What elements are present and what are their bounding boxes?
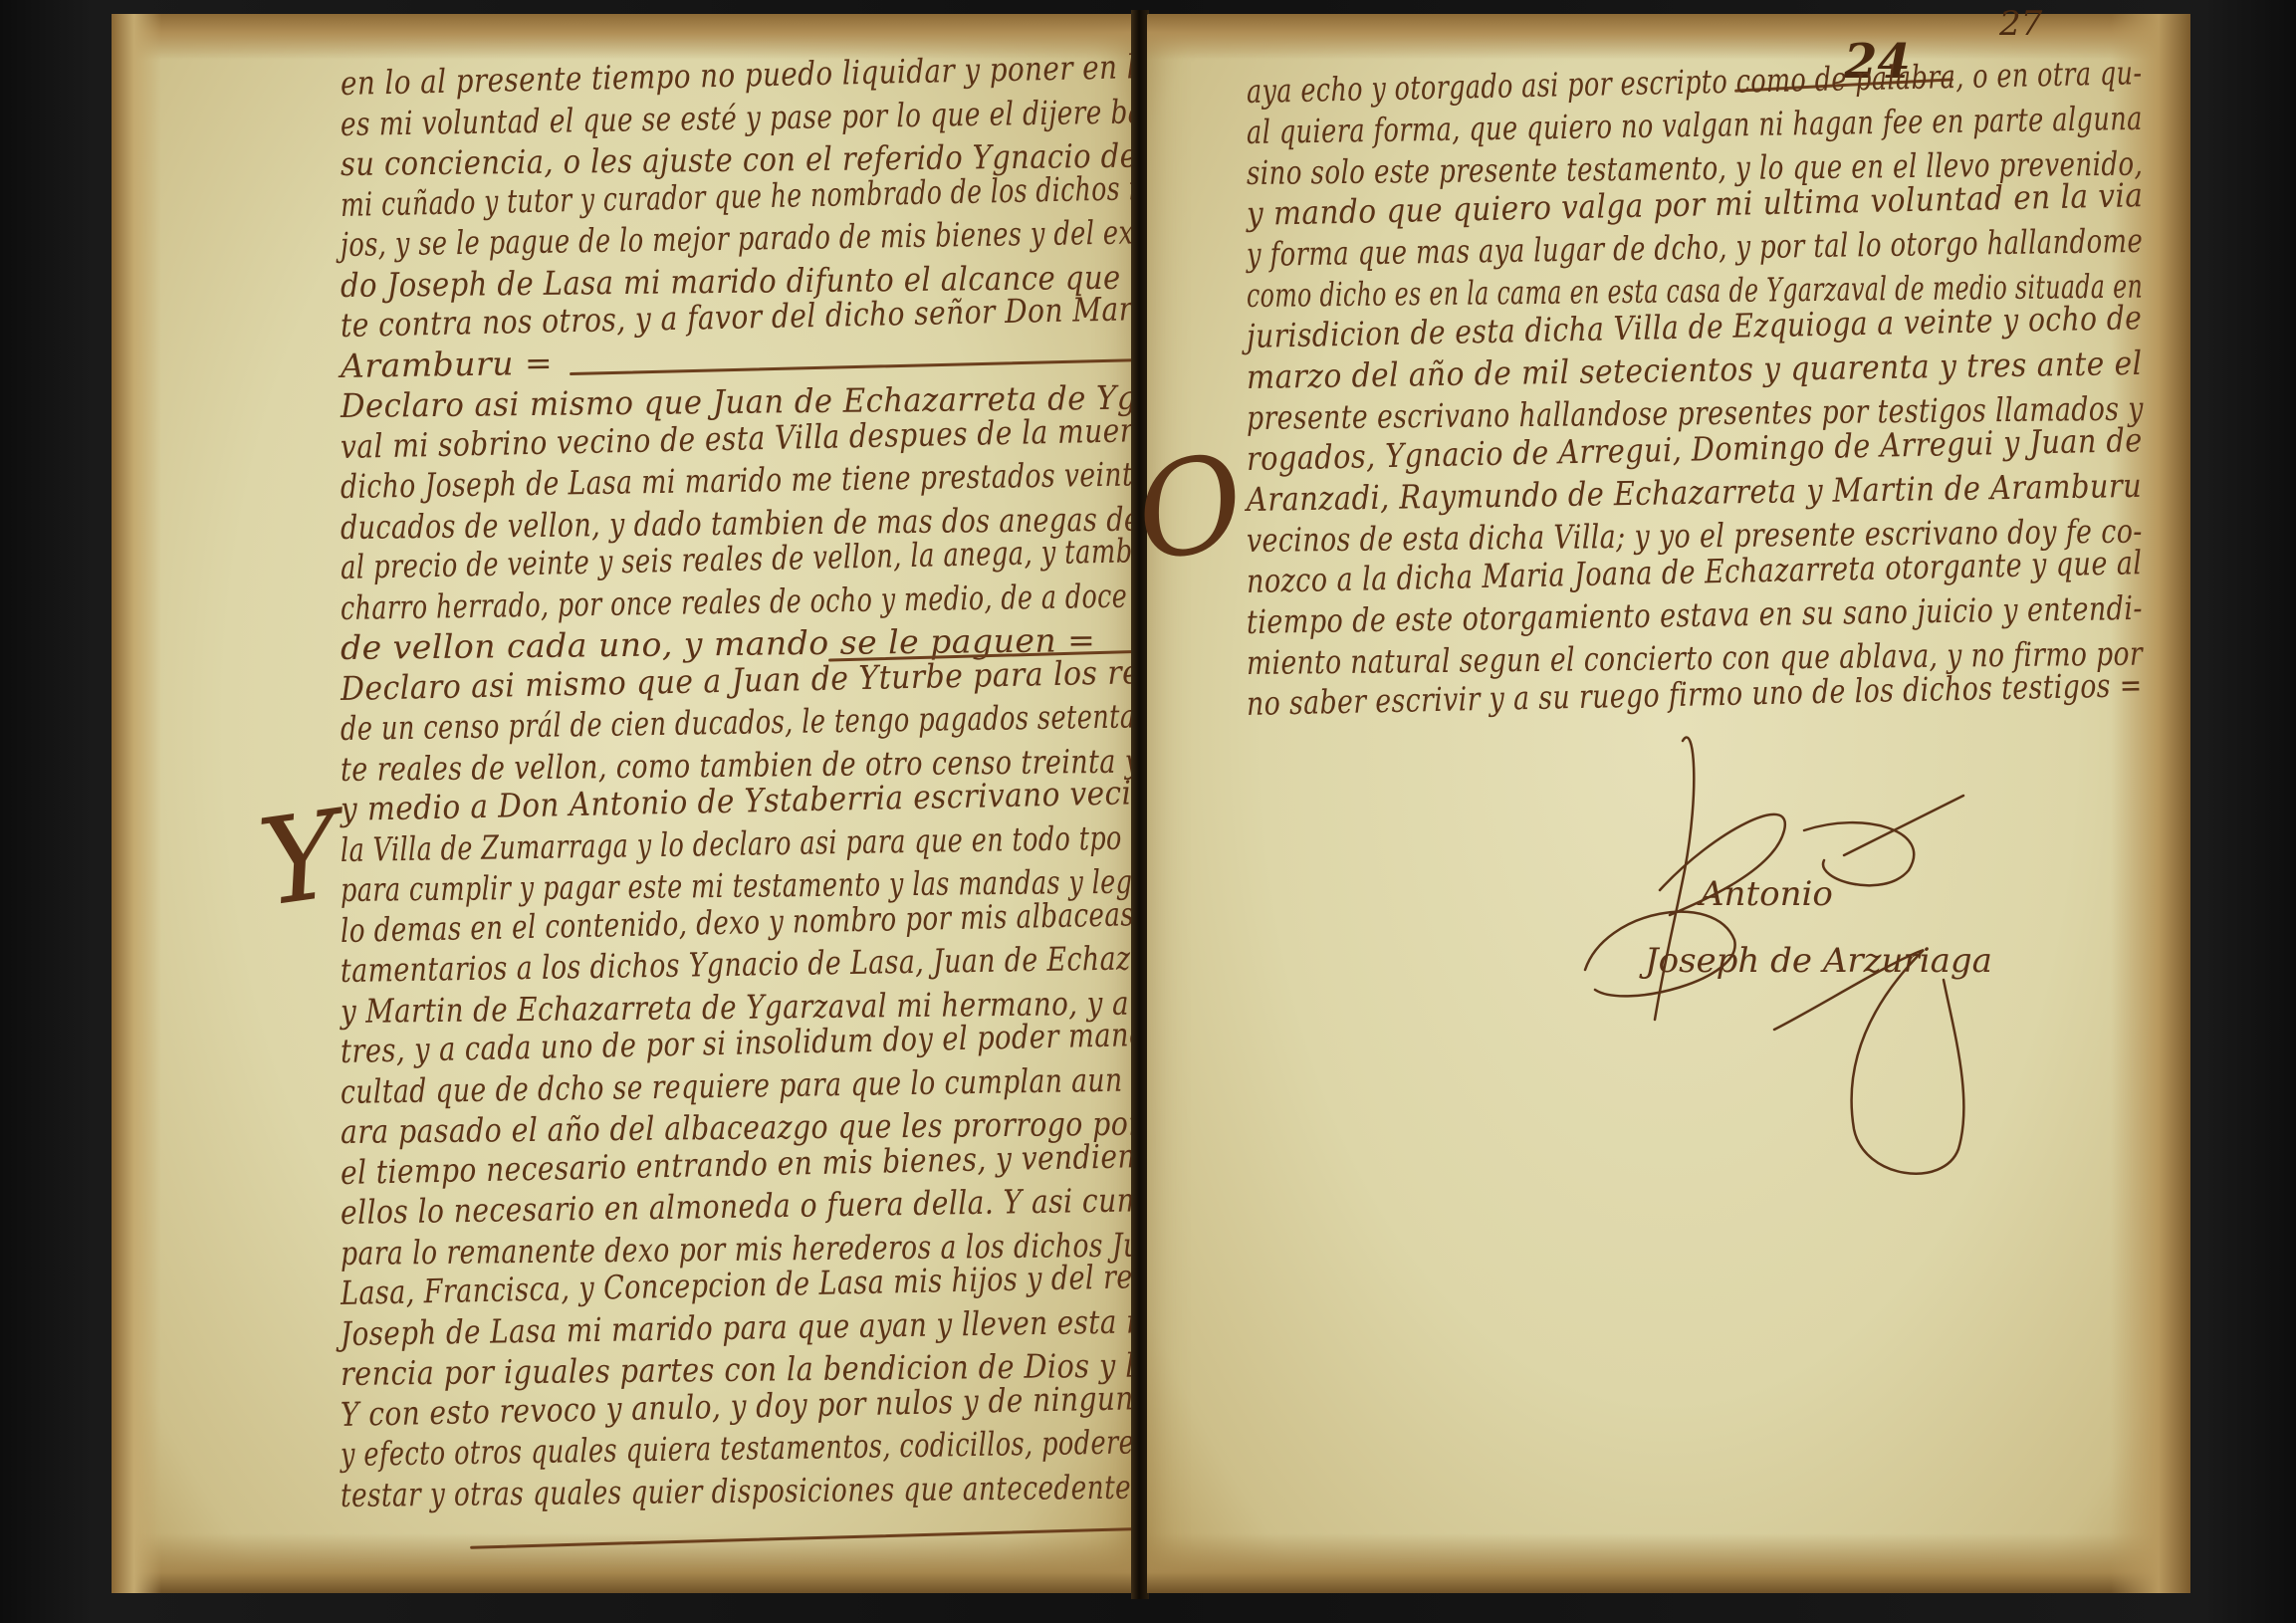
margin-flourish-y: Y: [252, 786, 349, 934]
manuscript-line: es mi voluntad el que se esté y pase por…: [341, 93, 1040, 142]
signature: Antonio Joseph de Arzuriaga: [1565, 711, 2083, 1209]
manuscript-line: al quiera forma, que quiero no valgan ni…: [1247, 102, 1944, 151]
manuscript-line: y forma que mas aya lugar de dcho, y por…: [1247, 224, 1950, 274]
manuscript-line: cultad que de dcho se requiere para que …: [341, 1060, 1048, 1110]
left-page-outer-edge: [112, 14, 161, 1593]
manuscript-line: charro herrado, por once reales de ocho …: [341, 578, 1015, 627]
left-page: en lo al presente tiempo no puedo liquid…: [112, 14, 1135, 1593]
right-page: 27 24 aya echo y otorgado asi por escrip…: [1147, 14, 2190, 1593]
right-page-bottom-edge: [1147, 1533, 2190, 1593]
signature-line-1: Antonio: [1697, 874, 1833, 914]
signature-rubric-icon: Antonio Joseph de Arzuriaga: [1565, 711, 2083, 1209]
manuscript-line: tiempo de este otorgamiento estava en su…: [1247, 590, 1981, 641]
folio-number: 27: [1999, 4, 2042, 44]
signature-line-2: Joseph de Arzuriaga: [1639, 941, 1992, 981]
manuscript-line: testar y otras quales quier disposicione…: [341, 1468, 1040, 1513]
manuscript-line: la Villa de Zumarraga y lo declaro asi p…: [341, 819, 1018, 869]
